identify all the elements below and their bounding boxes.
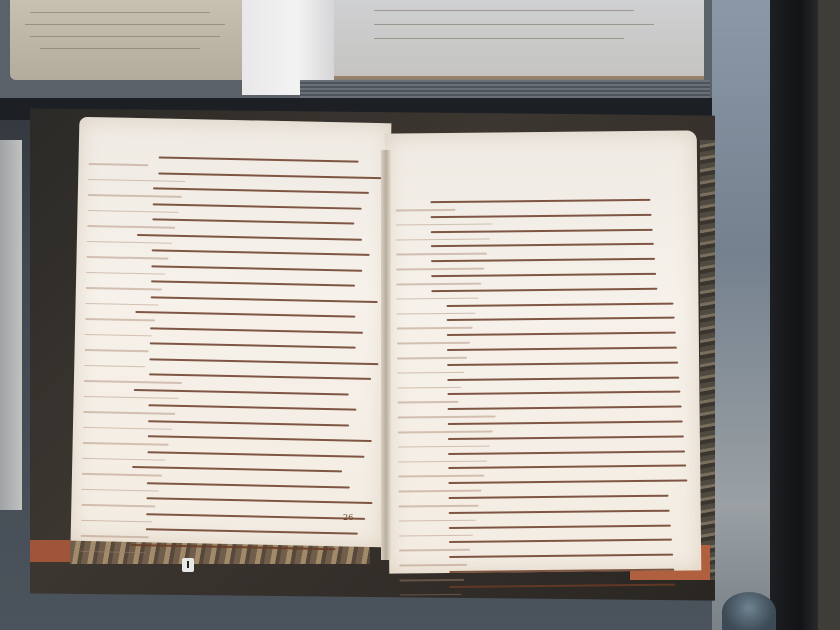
- handwriting-line: [137, 234, 362, 241]
- bleed-through-line: [82, 488, 159, 491]
- bleed-through-line: [397, 312, 476, 314]
- bleed-through-line: [86, 287, 162, 290]
- handwriting-line: [449, 554, 673, 558]
- handwriting-line: [448, 480, 687, 485]
- handwriting-line: [447, 332, 676, 336]
- bleed-through-line: [399, 549, 470, 551]
- bleed-through-line: [398, 490, 481, 492]
- handwriting-line: [448, 406, 682, 410]
- handwriting-line: [153, 187, 369, 194]
- handwriting-line: [430, 199, 650, 203]
- bleed-through-line: [83, 442, 169, 445]
- handwriting-line: [148, 404, 356, 410]
- case-glass-edge: [712, 0, 774, 630]
- bleed-through-line: [398, 416, 496, 419]
- adjacent-item-edge: [0, 140, 22, 510]
- leather-corner-left: [30, 540, 70, 562]
- page-number: 26: [343, 513, 353, 522]
- bleed-through-line: [85, 349, 149, 352]
- bleed-through-line: [399, 564, 467, 566]
- handwriting-line: [447, 391, 680, 395]
- bleed-through-line: [85, 333, 152, 336]
- handwriting-line: [447, 317, 675, 321]
- handwriting-line: [446, 302, 673, 306]
- handwriting-line: [134, 388, 349, 395]
- bleed-through-line: [397, 372, 464, 374]
- handwriting-line: [149, 358, 378, 365]
- handwriting-line: [448, 450, 685, 454]
- bleed-through-line: [85, 318, 155, 321]
- bleed-through-line: [399, 534, 473, 536]
- bleed-through-line: [396, 238, 490, 240]
- bleed-through-line: [398, 460, 487, 462]
- handwriting-line: [449, 509, 670, 513]
- handwriting-line: [135, 311, 355, 318]
- label-tag: [182, 558, 194, 572]
- manuscript-right-page: [385, 130, 702, 573]
- handwriting-line: [148, 435, 372, 442]
- bleed-through-line: [84, 364, 145, 367]
- handwriting-line: [447, 347, 677, 351]
- bleed-through-line: [81, 535, 149, 538]
- bleed-through-line: [82, 457, 165, 460]
- bleed-through-line: [86, 271, 165, 274]
- bleed-through-line: [398, 431, 493, 433]
- handwriting-line: [151, 296, 378, 303]
- handwriting-line: [151, 280, 355, 286]
- bleed-through-line: [397, 386, 461, 388]
- handwriting-line: [152, 218, 354, 224]
- manuscript-left-page: [71, 117, 392, 547]
- handwriting-line: [449, 524, 671, 528]
- bleed-through-line: [81, 504, 155, 507]
- handwriting-line: [151, 265, 362, 271]
- bleed-through-line: [396, 283, 481, 285]
- bleed-through-line: [88, 194, 182, 197]
- handwriting-line: [431, 228, 653, 232]
- handwriting-line: [158, 172, 381, 179]
- handwriting-line: [431, 243, 654, 247]
- bleed-through-line: [396, 297, 478, 299]
- handwriting-line: [431, 288, 657, 292]
- handwriting-line: [149, 373, 371, 380]
- case-frame: [770, 0, 820, 630]
- bleed-through-line: [88, 178, 185, 182]
- bleed-through-line: [396, 209, 456, 211]
- handwriting-line: [146, 497, 372, 504]
- wall: [818, 0, 840, 630]
- handwriting-line: [146, 528, 358, 534]
- handwriting-line: [159, 156, 359, 162]
- background-book-right-page: [334, 0, 704, 82]
- bleed-through-line: [83, 426, 172, 429]
- bleed-through-line: [399, 505, 479, 507]
- bleed-through-line: [88, 163, 148, 166]
- book-gutter: [381, 150, 391, 560]
- handwriting-line: [150, 327, 363, 333]
- handwriting-line: [148, 420, 349, 426]
- handwriting-line: [449, 495, 669, 499]
- bleed-through-line: [396, 223, 493, 226]
- handwriting-line: [431, 258, 655, 262]
- marbled-cover-edge: [700, 140, 715, 580]
- handwriting-line: [147, 451, 364, 458]
- bleed-through-line: [398, 475, 484, 477]
- bleed-through-line: [81, 519, 152, 522]
- bleed-through-line: [87, 240, 172, 243]
- bleed-through-line: [82, 473, 162, 476]
- handwriting-line: [146, 513, 365, 520]
- bleed-through-line: [397, 327, 473, 329]
- handwriting-line: [147, 482, 350, 488]
- bleed-through-line: [396, 268, 484, 270]
- bleed-through-line: [398, 445, 490, 447]
- handwriting-line: [132, 466, 342, 472]
- bleed-through-line: [87, 225, 175, 228]
- bleed-through-line: [88, 209, 179, 212]
- bleed-through-line: [399, 520, 476, 522]
- handwriting-line: [447, 376, 679, 380]
- bleed-through-line: [83, 411, 175, 414]
- museum-display-case: 26: [0, 0, 840, 630]
- handwriting-line: [448, 465, 686, 469]
- bleed-through-line: [397, 342, 470, 344]
- background-book-left-page: [10, 0, 242, 80]
- handwriting-line: [448, 421, 683, 425]
- bleed-through-line: [84, 395, 179, 398]
- bleed-through-line: [398, 401, 459, 403]
- handwriting-line: [448, 435, 684, 439]
- handwriting-line: [153, 203, 362, 209]
- bleed-through-line: [86, 302, 159, 305]
- handwriting-line: [431, 214, 652, 218]
- case-knob: [722, 592, 776, 630]
- bleed-through-line: [84, 380, 182, 384]
- handwriting-line: [447, 361, 678, 365]
- handwriting-line: [431, 273, 656, 277]
- handwriting-line: [152, 249, 370, 256]
- bleed-through-line: [87, 256, 169, 259]
- handwriting-line: [449, 539, 672, 543]
- bleed-through-line: [397, 357, 467, 359]
- handwriting-line: [150, 342, 356, 348]
- bleed-through-line: [396, 253, 487, 255]
